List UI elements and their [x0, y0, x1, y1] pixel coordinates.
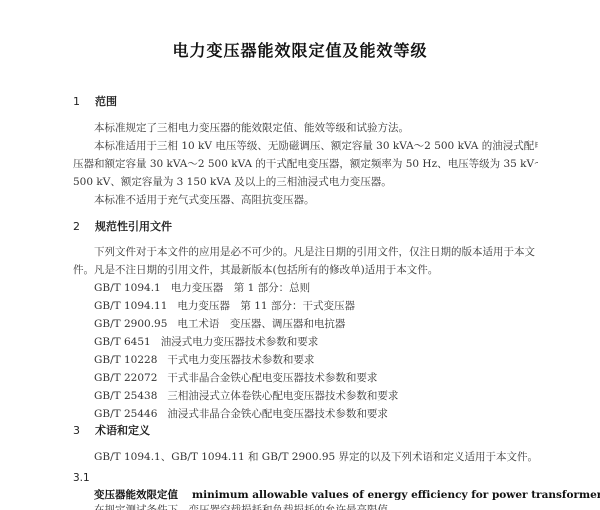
- reference-code: GB/T 22072: [94, 369, 157, 387]
- term-title: 变压器能效限定值minimum allowable values of ener…: [94, 487, 600, 502]
- section-heading-scope: 1范围: [73, 93, 117, 109]
- paragraph-line: 件。凡是不注日期的引用文件，其最新版本(包括所有的修改单)适用于本文件。: [73, 261, 538, 279]
- paragraph-line: 本标准适用于三相 10 kV 电压等级、无励磁调压、额定容量 30 kVA～2 …: [73, 137, 538, 155]
- reference-item: GB/T 10228干式电力变压器技术参数和要求: [94, 351, 398, 369]
- paragraph-line: 压器和额定容量 30 kVA～2 500 kVA 的干式配电变压器，额定频率为 …: [73, 155, 538, 173]
- document-page: 电力变压器能效限定值及能效等级 1范围 本标准规定了三相电力变压器的能效限定值、…: [0, 0, 600, 510]
- reference-title: 油浸式非晶合金铁心配电变压器技术参数和要求: [167, 408, 388, 420]
- reference-title: 干式电力变压器技术参数和要求: [167, 354, 314, 366]
- paragraph-line: 本标准不适用于充气式变压器、高阻抗变压器。: [73, 191, 538, 209]
- reference-title: 干式非晶合金铁心配电变压器技术参数和要求: [167, 372, 377, 384]
- paragraph-line: 500 kV、额定容量为 3 150 kVA 及以上的三相油浸式电力变压器。: [73, 173, 538, 191]
- terms-intro: GB/T 1094.1、GB/T 1094.11 和 GB/T 2900.95 …: [73, 448, 538, 466]
- reference-code: GB/T 25438: [94, 387, 157, 405]
- section-title: 规范性引用文件: [95, 220, 172, 233]
- section-title: 范围: [95, 95, 117, 108]
- section-title: 术语和定义: [95, 424, 150, 437]
- reference-item: GB/T 25446油浸式非晶合金铁心配电变压器技术参数和要求: [94, 405, 398, 423]
- scope-paragraphs: 本标准规定了三相电力变压器的能效限定值、能效等级和试验方法。 本标准适用于三相 …: [73, 119, 538, 209]
- term-chinese: 变压器能效限定值: [94, 489, 178, 501]
- reference-item: GB/T 1094.11电力变压器 第 11 部分：干式变压器: [94, 297, 398, 315]
- term-english: minimum allowable values of energy effic…: [192, 489, 600, 501]
- reference-title: 电力变压器 第 1 部分：总则: [171, 282, 310, 294]
- reference-title: 三相油浸式立体卷铁心配电变压器技术参数和要求: [167, 390, 398, 402]
- document-title: 电力变压器能效限定值及能效等级: [0, 38, 600, 61]
- reference-item: GB/T 25438三相油浸式立体卷铁心配电变压器技术参数和要求: [94, 387, 398, 405]
- reference-code: GB/T 10228: [94, 351, 157, 369]
- reference-code: GB/T 1094.1: [94, 279, 161, 297]
- reference-item: GB/T 6451油浸式电力变压器技术参数和要求: [94, 333, 398, 351]
- section-number: 3: [73, 424, 95, 437]
- reference-code: GB/T 2900.95: [94, 315, 167, 333]
- reference-list: GB/T 1094.1电力变压器 第 1 部分：总则 GB/T 1094.11电…: [94, 279, 398, 423]
- reference-item: GB/T 2900.95电工术语 变压器、调压器和电抗器: [94, 315, 398, 333]
- paragraph-line: GB/T 1094.1、GB/T 1094.11 和 GB/T 2900.95 …: [73, 448, 538, 466]
- reference-code: GB/T 25446: [94, 405, 157, 423]
- reference-title: 油浸式电力变压器技术参数和要求: [161, 336, 319, 348]
- section-number: 1: [73, 95, 95, 108]
- reference-title: 电工术语 变压器、调压器和电抗器: [177, 318, 345, 330]
- section-heading-normative-references: 2规范性引用文件: [73, 218, 172, 234]
- paragraph-line: 下列文件对于本文件的应用是必不可少的。凡是注日期的引用文件，仅注日期的版本适用于…: [73, 243, 538, 261]
- reference-item: GB/T 1094.1电力变压器 第 1 部分：总则: [94, 279, 398, 297]
- reference-code: GB/T 1094.11: [94, 297, 167, 315]
- reference-title: 电力变压器 第 11 部分：干式变压器: [177, 300, 355, 312]
- section-heading-terms-definitions: 3术语和定义: [73, 422, 150, 438]
- term-number: 3.1: [73, 472, 90, 484]
- reference-code: GB/T 6451: [94, 333, 151, 351]
- term-definition: 在规定测试条件下，变压器空载损耗和负载损耗的允许最高限值。: [94, 502, 399, 510]
- references-intro: 下列文件对于本文件的应用是必不可少的。凡是注日期的引用文件，仅注日期的版本适用于…: [73, 243, 538, 279]
- paragraph-line: 本标准规定了三相电力变压器的能效限定值、能效等级和试验方法。: [73, 119, 538, 137]
- reference-item: GB/T 22072干式非晶合金铁心配电变压器技术参数和要求: [94, 369, 398, 387]
- section-number: 2: [73, 220, 95, 233]
